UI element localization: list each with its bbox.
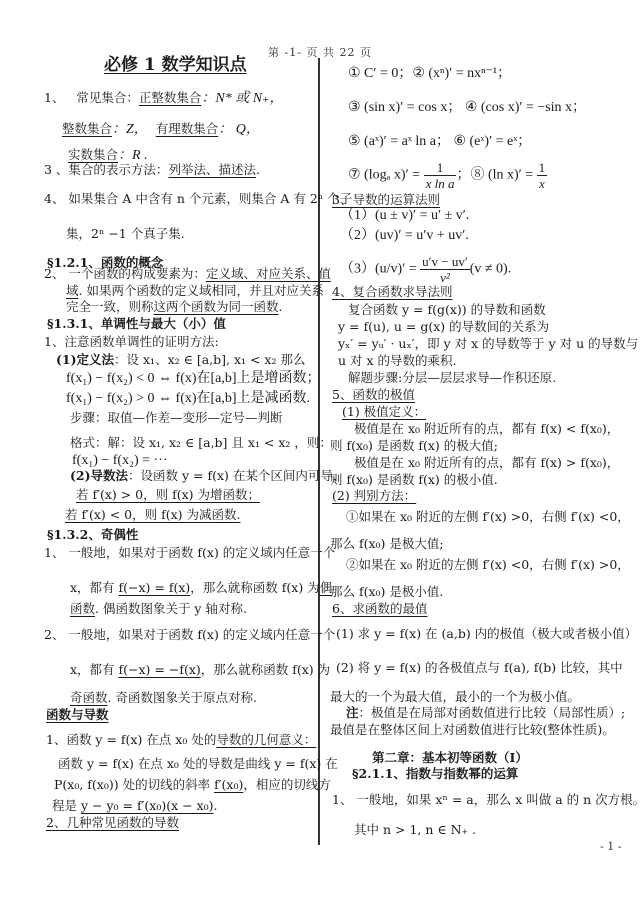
text: . (214, 798, 218, 813)
note-2: 最值是在整体区间上对函数值进行比较(整体性质)。 (330, 722, 615, 738)
criteria-min-1: ②如果在 x₀ 附近的左侧 f′(x) <0，右侧 f′(x) >0， (346, 557, 630, 573)
fraction: u′v − uv′v² (420, 254, 470, 285)
derivative-formula-7-8: ⑦ (logₐ x)′ = 1x ln a；⑧ (ln x)′ = 1x (348, 160, 547, 191)
subset-count-1: 4、 如果集合 A 中含有 n 个元素，则集合 A 有 2ⁿ 个子 (44, 191, 352, 207)
section-functions-derivatives: 函数与导数 (46, 707, 109, 723)
text: P(x₀, f(x₀)) 处的切线的斜率 (54, 777, 214, 792)
text: ⑦ (logₐ x)′ = (348, 168, 424, 183)
odd-function-3: 奇函数. 奇函数图象关于原点对称. (70, 690, 257, 706)
derivative-method: (2)导数法：设函数 y = f(x) 在某个区间内可导， (70, 468, 345, 484)
decreasing-condition: f(x₁) − f(x₂) > 0 ⇔ f(x)在[a,b]上是减函数. (66, 391, 310, 407)
text: x，都有 (70, 662, 119, 677)
text: 2、 一个函数的构成要素为： (44, 266, 206, 281)
text: （3）(u/v)′ = (340, 262, 420, 277)
criteria-max-2: 那么 f(x₀) 是极大值; (330, 536, 444, 552)
text: 程是 (52, 798, 81, 813)
text: ：设函数 y = f(x) 在某个区间内可导， (128, 468, 345, 483)
odd-function-2: x，都有 f(−x) = −f(x)，那么就称函数 f(x) 为 (70, 662, 330, 678)
text: x，都有 (70, 580, 119, 595)
chain-rule-4: u 对 x 的导数的乘积. (338, 353, 457, 369)
function-elements-1: 2、 一个函数的构成要素为：定义域、对应关系、值 (44, 266, 331, 282)
chain-rule-3: yₓ′ = yᵤ′ · uₓ′，即 y 对 x 的导数等于 y 对 u 的导数与 (338, 336, 638, 352)
math: ：Z， (112, 122, 148, 137)
rule-1: （1）(u ± v)′ = u′ ± v′. (340, 208, 469, 224)
text: 完全一致，则称 (66, 299, 154, 314)
extreme-step-3: 最大的一个为最大值，最小的一个为极小值。 (330, 689, 580, 705)
item-common-sets: 1、 常见集合：正整数集合：N* 或 N₊， (44, 90, 283, 107)
numerator: 1 (537, 160, 548, 176)
math: ：N* 或 N₊， (201, 91, 283, 106)
maximum-definition-1: 极值是在 x₀ 附近所有的点，都有 f(x) < f(x₀)， (354, 421, 619, 437)
sets-line-2: 整数集合：Z， 有理数集合： Q， (62, 121, 260, 138)
minimum-definition-1: 极值是在 x₀ 附近所有的点，都有 f(x) > f(x₀)， (354, 455, 619, 471)
chain-rule-2: y = f(u), u = g(x) 的导数间的关系为 (338, 319, 549, 335)
text: ，那么就称函数 f(x) 为 (190, 580, 319, 595)
criteria-label: (2) 判别方法： (332, 488, 416, 504)
text: 常见集合： (76, 90, 139, 105)
chain-rule-steps: 解题步骤:分层—层层求导—作积还原. (348, 370, 556, 386)
text: 3 、集合的表示方法： (44, 162, 168, 177)
term-even-function: 函数 (70, 601, 95, 616)
derivative-geometry: 1、函数 y = f(x) 在点 x₀ 处的导数的几何意义： (46, 732, 316, 748)
derivative-increasing: 若 f′(x) > 0，则 f(x) 为增函数； (76, 487, 260, 503)
text: ：设 x₁、x₂ ∈ [a,b], x₁ < x₂ 那么 (114, 352, 305, 367)
page-footer: - 1 - (600, 840, 621, 853)
set-representation: 3 、集合的表示方法：列举法、描述法. (44, 162, 260, 178)
chapter-2-title: 第二章：基本初等函数（Ⅰ） (372, 750, 528, 766)
definition-method: (1)定义法：设 x₁、x₂ ∈ [a,b], x₁ < x₂ 那么 (56, 352, 305, 368)
denominator: x ln a (424, 176, 457, 191)
text: . 如果两个函数的定义域相同，并且对应关系 (79, 283, 324, 298)
term-same-function: 这两个函数为同一函数 (154, 299, 279, 314)
derivative-formula-5-6: ⑤ (aˣ)′ = aˣ ln a； ⑥ (eˣ)′ = eˣ； (348, 134, 531, 150)
slope: f′(x₀) (214, 777, 243, 792)
chain-rule-1: 复合函数 y = f(g(x)) 的导数和函数 (348, 302, 546, 318)
text: . 奇函数图象关于原点对称. (108, 690, 257, 705)
label-derivative-method: (2)导数法 (70, 468, 128, 483)
proof-steps: 步骤：取值—作差—变形—定号—判断 (70, 410, 283, 426)
section-4-chain-rule: 4、复合函数求导法则 (332, 284, 452, 300)
section-6-extreme-values: 6、求函数的最值 (332, 601, 427, 617)
text: . (279, 299, 283, 314)
subset-count-2: 集，2ⁿ −1 个真子集. (66, 226, 185, 242)
math: ：R . (118, 148, 148, 163)
label-definition-method: (1)定义法 (56, 352, 114, 367)
numerator: 1 (424, 160, 457, 176)
extreme-step-2: (2) 将 y = f(x) 的各极值点与 f(a), f(b) 比较，其中 (336, 660, 623, 676)
denominator: x (537, 176, 548, 191)
term-integers: 整数集合 (62, 121, 112, 136)
criteria-max-1: ①如果在 x₀ 附近的左侧 f′(x) >0，右侧 f′(x) <0， (346, 509, 630, 525)
odd-condition: f(−x) = −f(x) (119, 662, 201, 677)
page-header: 第 -1- 页 共 22 页 (0, 44, 640, 60)
term-range: 域 (66, 283, 79, 298)
text: (v ≠ 0). (470, 262, 512, 277)
even-function-3: 函数. 偶函数图象关于 y 轴对称. (70, 601, 247, 617)
section-1-3-1: §1.3.1、单调性与最大（小）值 (47, 316, 226, 332)
column-divider (318, 58, 320, 845)
note-label: 注 (346, 705, 359, 720)
text: ：极值是在局部对函数值进行比较（局部性质）; (359, 705, 626, 720)
text: ，那么就称函数 f(x) 为 (201, 662, 330, 677)
section-2-1-1: §2.1.1、指数与指数幂的运算 (352, 766, 518, 782)
text: 1、函数 y = f(x) 在点 x₀ 处的 (46, 732, 216, 747)
fraction: 1x (537, 160, 548, 191)
minimum-definition-2: 则 f(x₀) 是函数 f(x) 的极小值. (330, 472, 498, 488)
derivative-formula-3-4: ③ (sin x)′ = cos x； ④ (cos x)′ = −sin x； (348, 100, 586, 116)
term-odd-function: 奇函数 (70, 690, 108, 705)
note-1: 注：极值是在局部对函数值进行比较（局部性质）; (346, 705, 625, 721)
term-reals: 实数集合 (68, 147, 118, 162)
text: ；⑧ (ln x)′ = (456, 168, 536, 183)
extremum-definition-label: (1) 极值定义： (342, 404, 426, 420)
derivative-formula-1-2: ① C′ = 0；② (xⁿ)′ = nxⁿ⁻¹； (348, 66, 511, 82)
section-5-extrema: 5、函数的极值 (332, 387, 415, 403)
numerator: u′v − uv′ (420, 254, 470, 270)
even-function-2: x，都有 f(−x) = f(x)，那么就称函数 f(x) 为偶 (70, 580, 332, 596)
document-title: 必修 1 数学知识点 (104, 57, 247, 73)
text: . (256, 162, 260, 177)
tangent-equation: y − y₀ = f′(x₀)(x − x₀) (81, 798, 214, 813)
function-elements-3: 完全一致，则称这两个函数为同一函数. (66, 299, 283, 315)
function-elements-2: 域. 如果两个函数的定义域相同，并且对应关系 (66, 283, 324, 299)
item-number: 1、 (44, 90, 64, 105)
rule-2: （2）(uv)′ = u′v + uv′. (340, 228, 469, 244)
tangent-line-3: 程是 y − y₀ = f′(x₀)(x − x₀). (52, 798, 218, 814)
nth-root-condition: 其中 n > 1, n ∈ N₊ . (354, 822, 476, 838)
common-derivatives-heading: 2、几种常见函数的导数 (46, 815, 179, 831)
increasing-condition: f(x₁) − f(x₂) < 0 ⇔ f(x)在[a,b]上是增函数； (66, 371, 321, 387)
term-elements: 定义域、对应关系、值 (206, 266, 331, 281)
denominator: v² (420, 270, 470, 285)
text: . 偶函数图象关于 y 轴对称. (95, 601, 247, 616)
nth-root-definition: 1、 一般地，如果 xⁿ = a，那么 x 叫做 a 的 n 次方根。 (332, 792, 640, 808)
section-1-3-2: §1.3.2、奇偶性 (47, 527, 138, 543)
criteria-min-2: 那么 f(x₀) 是极小值. (330, 584, 443, 600)
monotonicity-intro: 1、注意函数单调性的证明方法: (44, 334, 219, 350)
even-condition: f(−x) = f(x) (119, 580, 191, 595)
term-methods: 列举法、描述法 (168, 162, 256, 177)
proof-difference: f(x₁) − f(x₂) = ··· (72, 453, 168, 469)
term-geometric-meaning: 导数的几何意义： (216, 732, 316, 747)
maximum-definition-2: 则 f(x₀) 是函数 f(x) 的极大值; (330, 438, 498, 454)
fraction: 1x ln a (424, 160, 457, 191)
tangent-line-1: 函数 y = f(x) 在点 x₀ 处的导数是曲线 y = f(x) 在 (58, 756, 338, 772)
math: ： Q， (218, 122, 260, 137)
proof-format: 格式：解：设 x₁, x₂ ∈ [a,b] 且 x₁ < x₂ ，则： (70, 435, 332, 451)
term-positive-integers: 正整数集合 (139, 90, 202, 105)
section-3-rules: 3、导数的运算法则 (332, 192, 440, 208)
derivative-decreasing: 若 f′(x) < 0，则 f(x) 为减函数. (65, 507, 240, 523)
text: ，相应的切线方 (243, 777, 331, 792)
tangent-line-2: P(x₀, f(x₀)) 处的切线的斜率 f′(x₀)，相应的切线方 (54, 777, 331, 793)
rule-3: （3）(u/v)′ = u′v − uv′v²(v ≠ 0). (340, 254, 511, 285)
even-function-1: 1、 一般地，如果对于函数 f(x) 的定义域内任意一个 (44, 545, 335, 561)
term-rationals: 有理数集合 (156, 121, 219, 136)
odd-function-1: 2、 一般地，如果对于函数 f(x) 的定义域内任意一个 (44, 627, 335, 643)
extreme-step-1: (1) 求 y = f(x) 在 (a,b) 内的极值（极大或者极小值） (336, 626, 637, 642)
